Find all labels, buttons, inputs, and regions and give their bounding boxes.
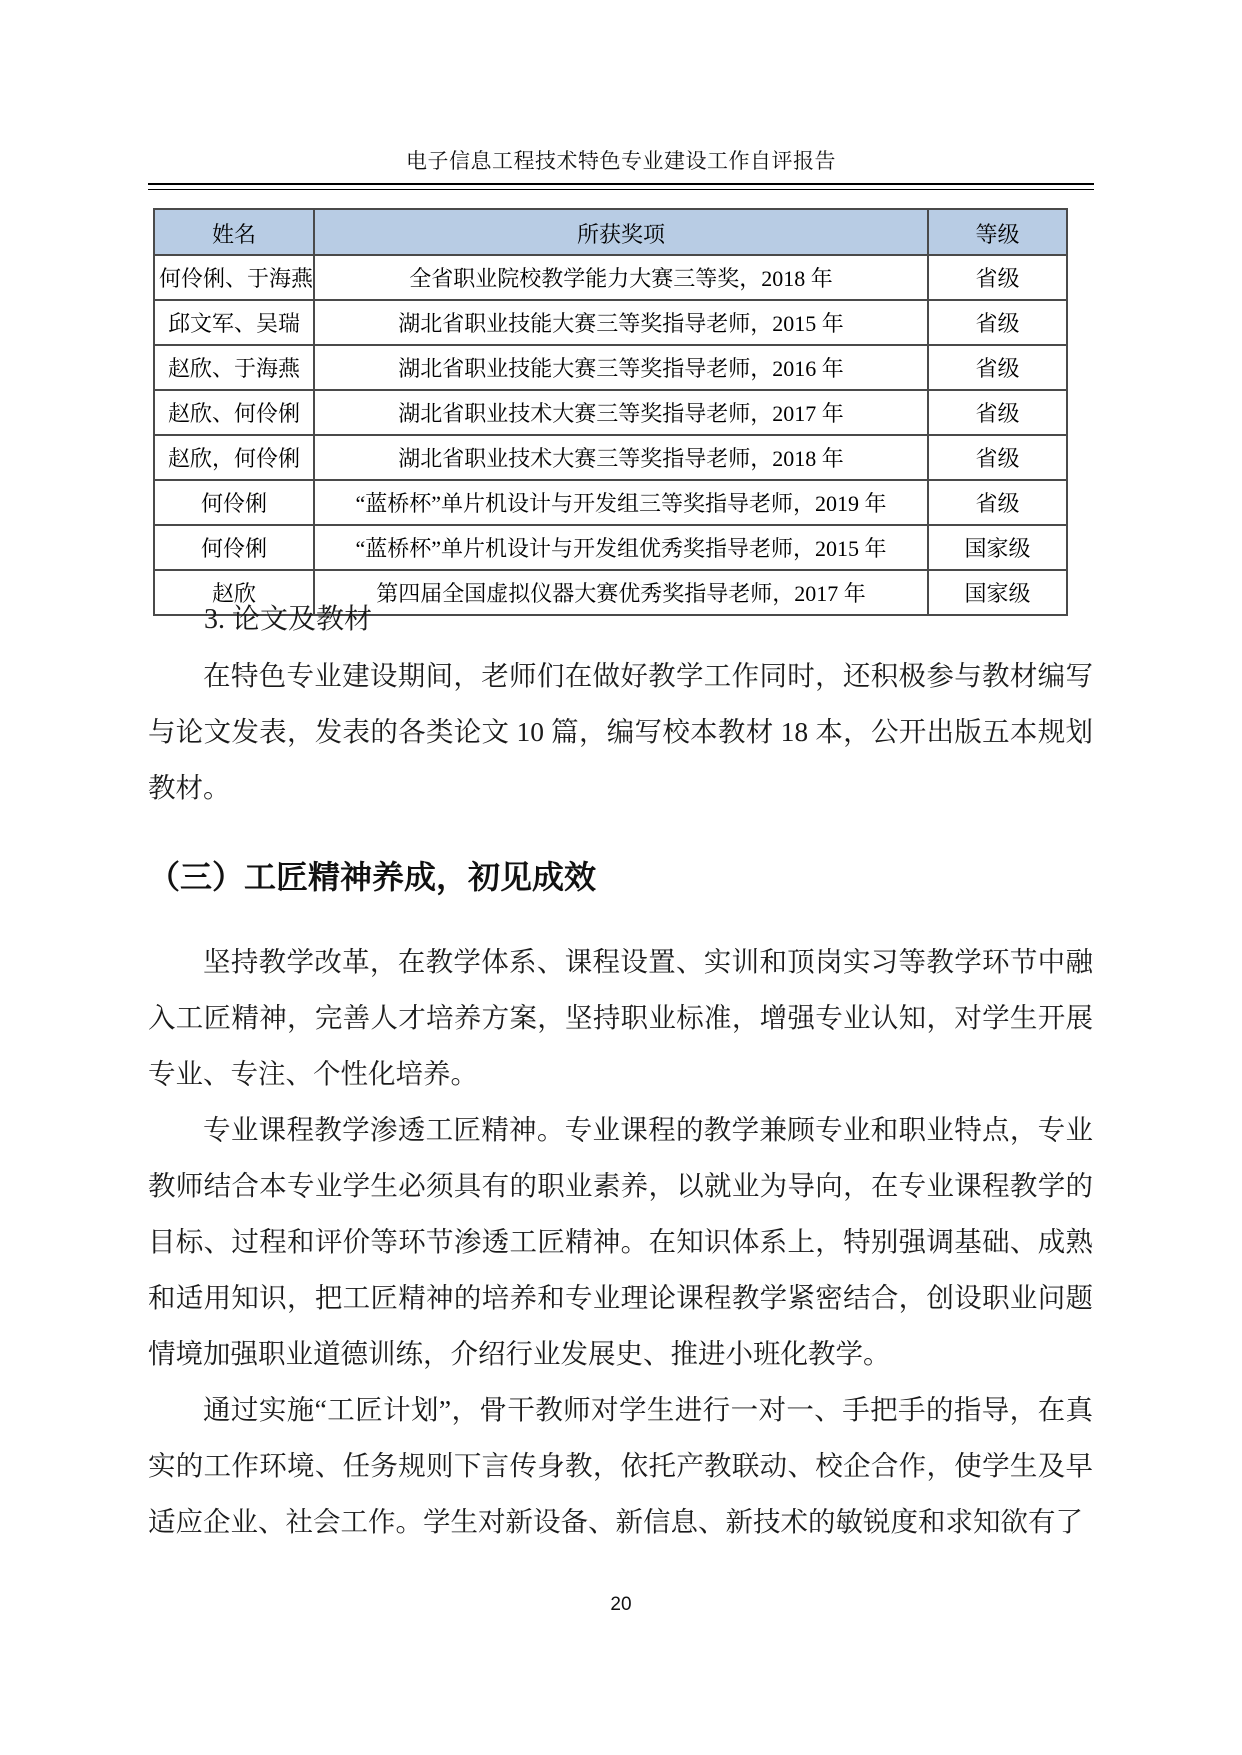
paragraph-teaching-reform: 坚持教学改革，在教学体系、课程设置、实训和顶岗实习等教学环节中融入工匠精神，完善…	[148, 934, 1093, 1102]
cell-award: “蓝桥杯”单片机设计与开发组优秀奖指导老师，2015 年	[314, 525, 928, 570]
cell-award: “蓝桥杯”单片机设计与开发组三等奖指导老师，2019 年	[314, 480, 928, 525]
cell-name: 赵欣、何伶俐	[154, 390, 314, 435]
section-heading: （三）工匠精神养成，初见成效	[148, 856, 1094, 898]
cell-award: 湖北省职业技能大赛三等奖指导老师，2015 年	[314, 300, 928, 345]
cell-award: 湖北省职业技术大赛三等奖指导老师，2018 年	[314, 435, 928, 480]
paragraph-papers-textbooks: 在特色专业建设期间，老师们在做好教学工作同时，还积极参与教材编写与论文发表，发表…	[148, 648, 1093, 816]
cell-name: 何伶俐、于海燕	[154, 255, 314, 300]
paragraph-course-infusion: 专业课程教学渗透工匠精神。专业课程的教学兼顾专业和职业特点，专业教师结合本专业学…	[148, 1102, 1093, 1382]
cell-name: 赵欣，何伶俐	[154, 435, 314, 480]
table-row: 邱文军、吴瑞 湖北省职业技能大赛三等奖指导老师，2015 年 省级	[154, 300, 1067, 345]
cell-level: 省级	[928, 390, 1067, 435]
awards-table: 姓名 所获奖项 等级 何伶俐、于海燕 全省职业院校教学能力大赛三等奖，2018 …	[153, 208, 1068, 616]
cell-award: 湖北省职业技术大赛三等奖指导老师，2017 年	[314, 390, 928, 435]
cell-level: 国家级	[928, 525, 1067, 570]
table-row: 何伶俐 “蓝桥杯”单片机设计与开发组三等奖指导老师，2019 年 省级	[154, 480, 1067, 525]
document-page: 电子信息工程技术特色专业建设工作自评报告 姓名 所获奖项 等级 何伶俐、于海燕 …	[0, 0, 1242, 1755]
cell-level: 省级	[928, 345, 1067, 390]
cell-award: 全省职业院校教学能力大赛三等奖，2018 年	[314, 255, 928, 300]
running-head-title: 电子信息工程技术特色专业建设工作自评报告	[148, 148, 1094, 174]
table-row: 何伶俐 “蓝桥杯”单片机设计与开发组优秀奖指导老师，2015 年 国家级	[154, 525, 1067, 570]
header-cell-level: 等级	[928, 209, 1067, 255]
subsection-title: 3. 论文及教材	[148, 600, 1094, 640]
cell-award: 湖北省职业技能大赛三等奖指导老师，2016 年	[314, 345, 928, 390]
cell-name: 何伶俐	[154, 525, 314, 570]
cell-level: 省级	[928, 255, 1067, 300]
cell-level: 省级	[928, 480, 1067, 525]
page-number: 20	[0, 1594, 1242, 1616]
table-row: 赵欣、何伶俐 湖北省职业技术大赛三等奖指导老师，2017 年 省级	[154, 390, 1067, 435]
table-header-row: 姓名 所获奖项 等级	[154, 209, 1067, 255]
table-row: 赵欣，何伶俐 湖北省职业技术大赛三等奖指导老师，2018 年 省级	[154, 435, 1067, 480]
header-cell-award: 所获奖项	[314, 209, 928, 255]
header-rule	[148, 183, 1094, 190]
table-row: 何伶俐、于海燕 全省职业院校教学能力大赛三等奖，2018 年 省级	[154, 255, 1067, 300]
table-row: 赵欣、于海燕 湖北省职业技能大赛三等奖指导老师，2016 年 省级	[154, 345, 1067, 390]
header-cell-name: 姓名	[154, 209, 314, 255]
cell-level: 省级	[928, 435, 1067, 480]
cell-name: 邱文军、吴瑞	[154, 300, 314, 345]
paragraph-craftsman-plan: 通过实施“工匠计划”，骨干教师对学生进行一对一、手把手的指导，在真实的工作环境、…	[148, 1382, 1093, 1550]
cell-name: 赵欣、于海燕	[154, 345, 314, 390]
cell-level: 省级	[928, 300, 1067, 345]
cell-name: 何伶俐	[154, 480, 314, 525]
